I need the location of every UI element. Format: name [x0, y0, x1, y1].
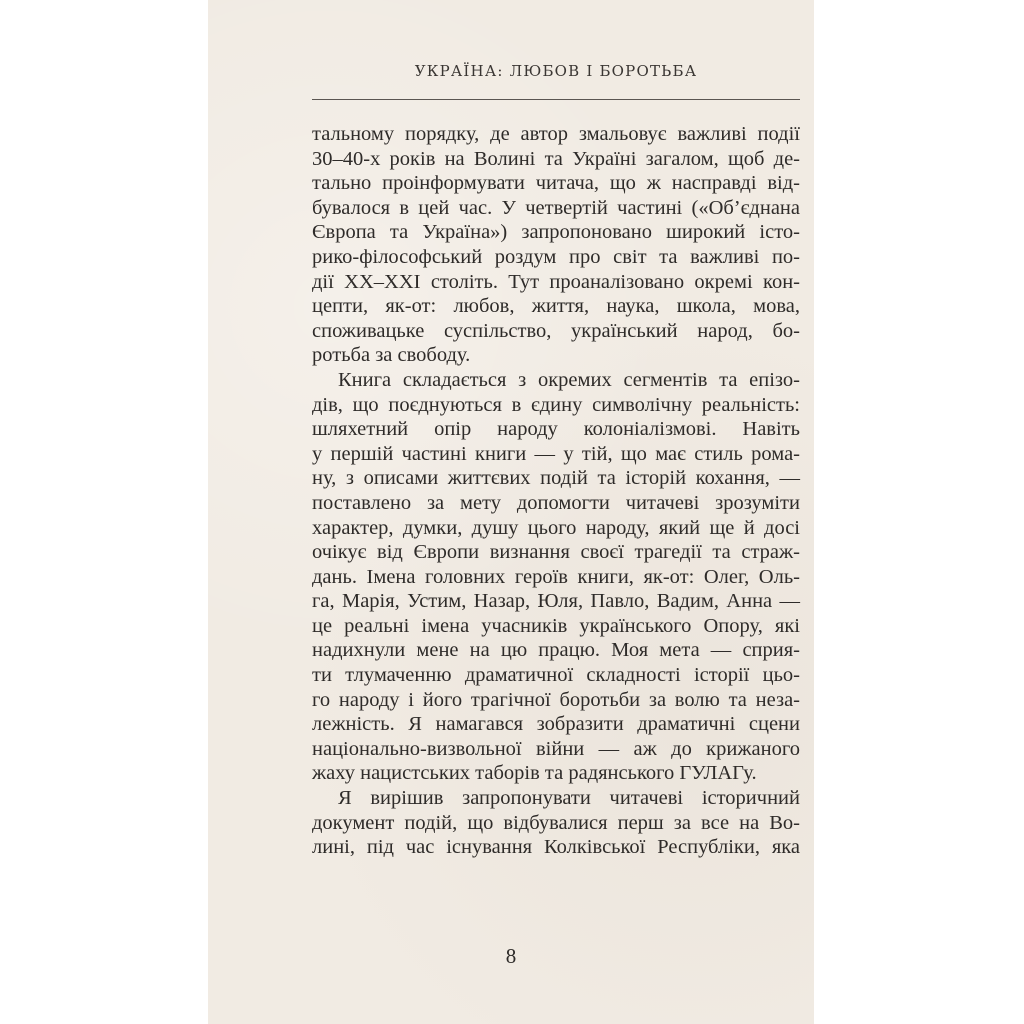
text-line: цепти, як-от: любов, життя, наука, школа…	[312, 294, 800, 319]
text-line: Європа та Україна») запропоновано широки…	[312, 220, 800, 245]
paragraph-3: Я вирішив запропонувати читачеві історич…	[312, 786, 800, 860]
text-line: ти тлумаченню драматичної складності іст…	[312, 663, 800, 688]
text-line: поставлено за мету допомогти читачеві зр…	[312, 491, 800, 516]
text-line: Книга складається з окремих сегментів та…	[312, 368, 800, 393]
text-line: дів, що поєднуються в єдину символічну р…	[312, 393, 800, 418]
text-line: га, Марія, Устим, Назар, Юля, Павло, Вад…	[312, 589, 800, 614]
running-head: УКРАЇНА: ЛЮБОВ І БОРОТЬБА	[312, 62, 800, 80]
text-line: споживацьке суспільство, український нар…	[312, 319, 800, 344]
book-page: УКРАЇНА: ЛЮБОВ І БОРОТЬБА тальному поряд…	[208, 0, 814, 1024]
text-line: ротьба за свободу.	[312, 343, 800, 368]
text-line: рико-філософський роздум про світ та важ…	[312, 245, 800, 270]
text-line: тальному порядку, де автор змальовує важ…	[312, 122, 800, 147]
text-line: характер, думки, душу цього народу, який…	[312, 516, 800, 541]
text-line: у першій частині книги — у тій, що має с…	[312, 442, 800, 467]
text-line: шляхетний опір народу колоніалізмові. На…	[312, 417, 800, 442]
header-rule	[312, 99, 800, 100]
text-line: очікує від Європи визнання своєї трагеді…	[312, 540, 800, 565]
text-line: надихнули мене на цю працю. Моя мета — с…	[312, 638, 800, 663]
text-line: го народу і його трагічної боротьби за в…	[312, 688, 800, 713]
text-line: бувалося в цей час. У четвертій частині …	[312, 196, 800, 221]
text-line: Я вирішив запропонувати читачеві історич…	[312, 786, 800, 811]
text-line: дань. Імена головних героїв книги, як-от…	[312, 565, 800, 590]
text-line: дії XX–XXI століть. Тут проаналізовано о…	[312, 270, 800, 295]
paragraph-1: тальному порядку, де автор змальовує важ…	[312, 122, 800, 368]
text-line: національно-визвольної війни — аж до кри…	[312, 737, 800, 762]
text-line: ну, з описами життєвих подій та історій …	[312, 466, 800, 491]
body-text: тальному порядку, де автор змальовує важ…	[312, 122, 800, 860]
text-line: лині, під час існування Колківської Респ…	[312, 835, 800, 860]
text-line: документ подій, що відбувалися перш за в…	[312, 811, 800, 836]
page-number: 8	[208, 944, 814, 969]
text-line: тально проінформувати читача, що ж наспр…	[312, 171, 800, 196]
text-line: жаху нацистських таборів та радянського …	[312, 761, 800, 786]
text-line: 30–40-х років на Волині та Україні загал…	[312, 147, 800, 172]
paragraph-2: Книга складається з окремих сегментів та…	[312, 368, 800, 786]
text-line: це реальні імена учасників українського …	[312, 614, 800, 639]
text-line: лежність. Я намагався зобразити драматич…	[312, 712, 800, 737]
